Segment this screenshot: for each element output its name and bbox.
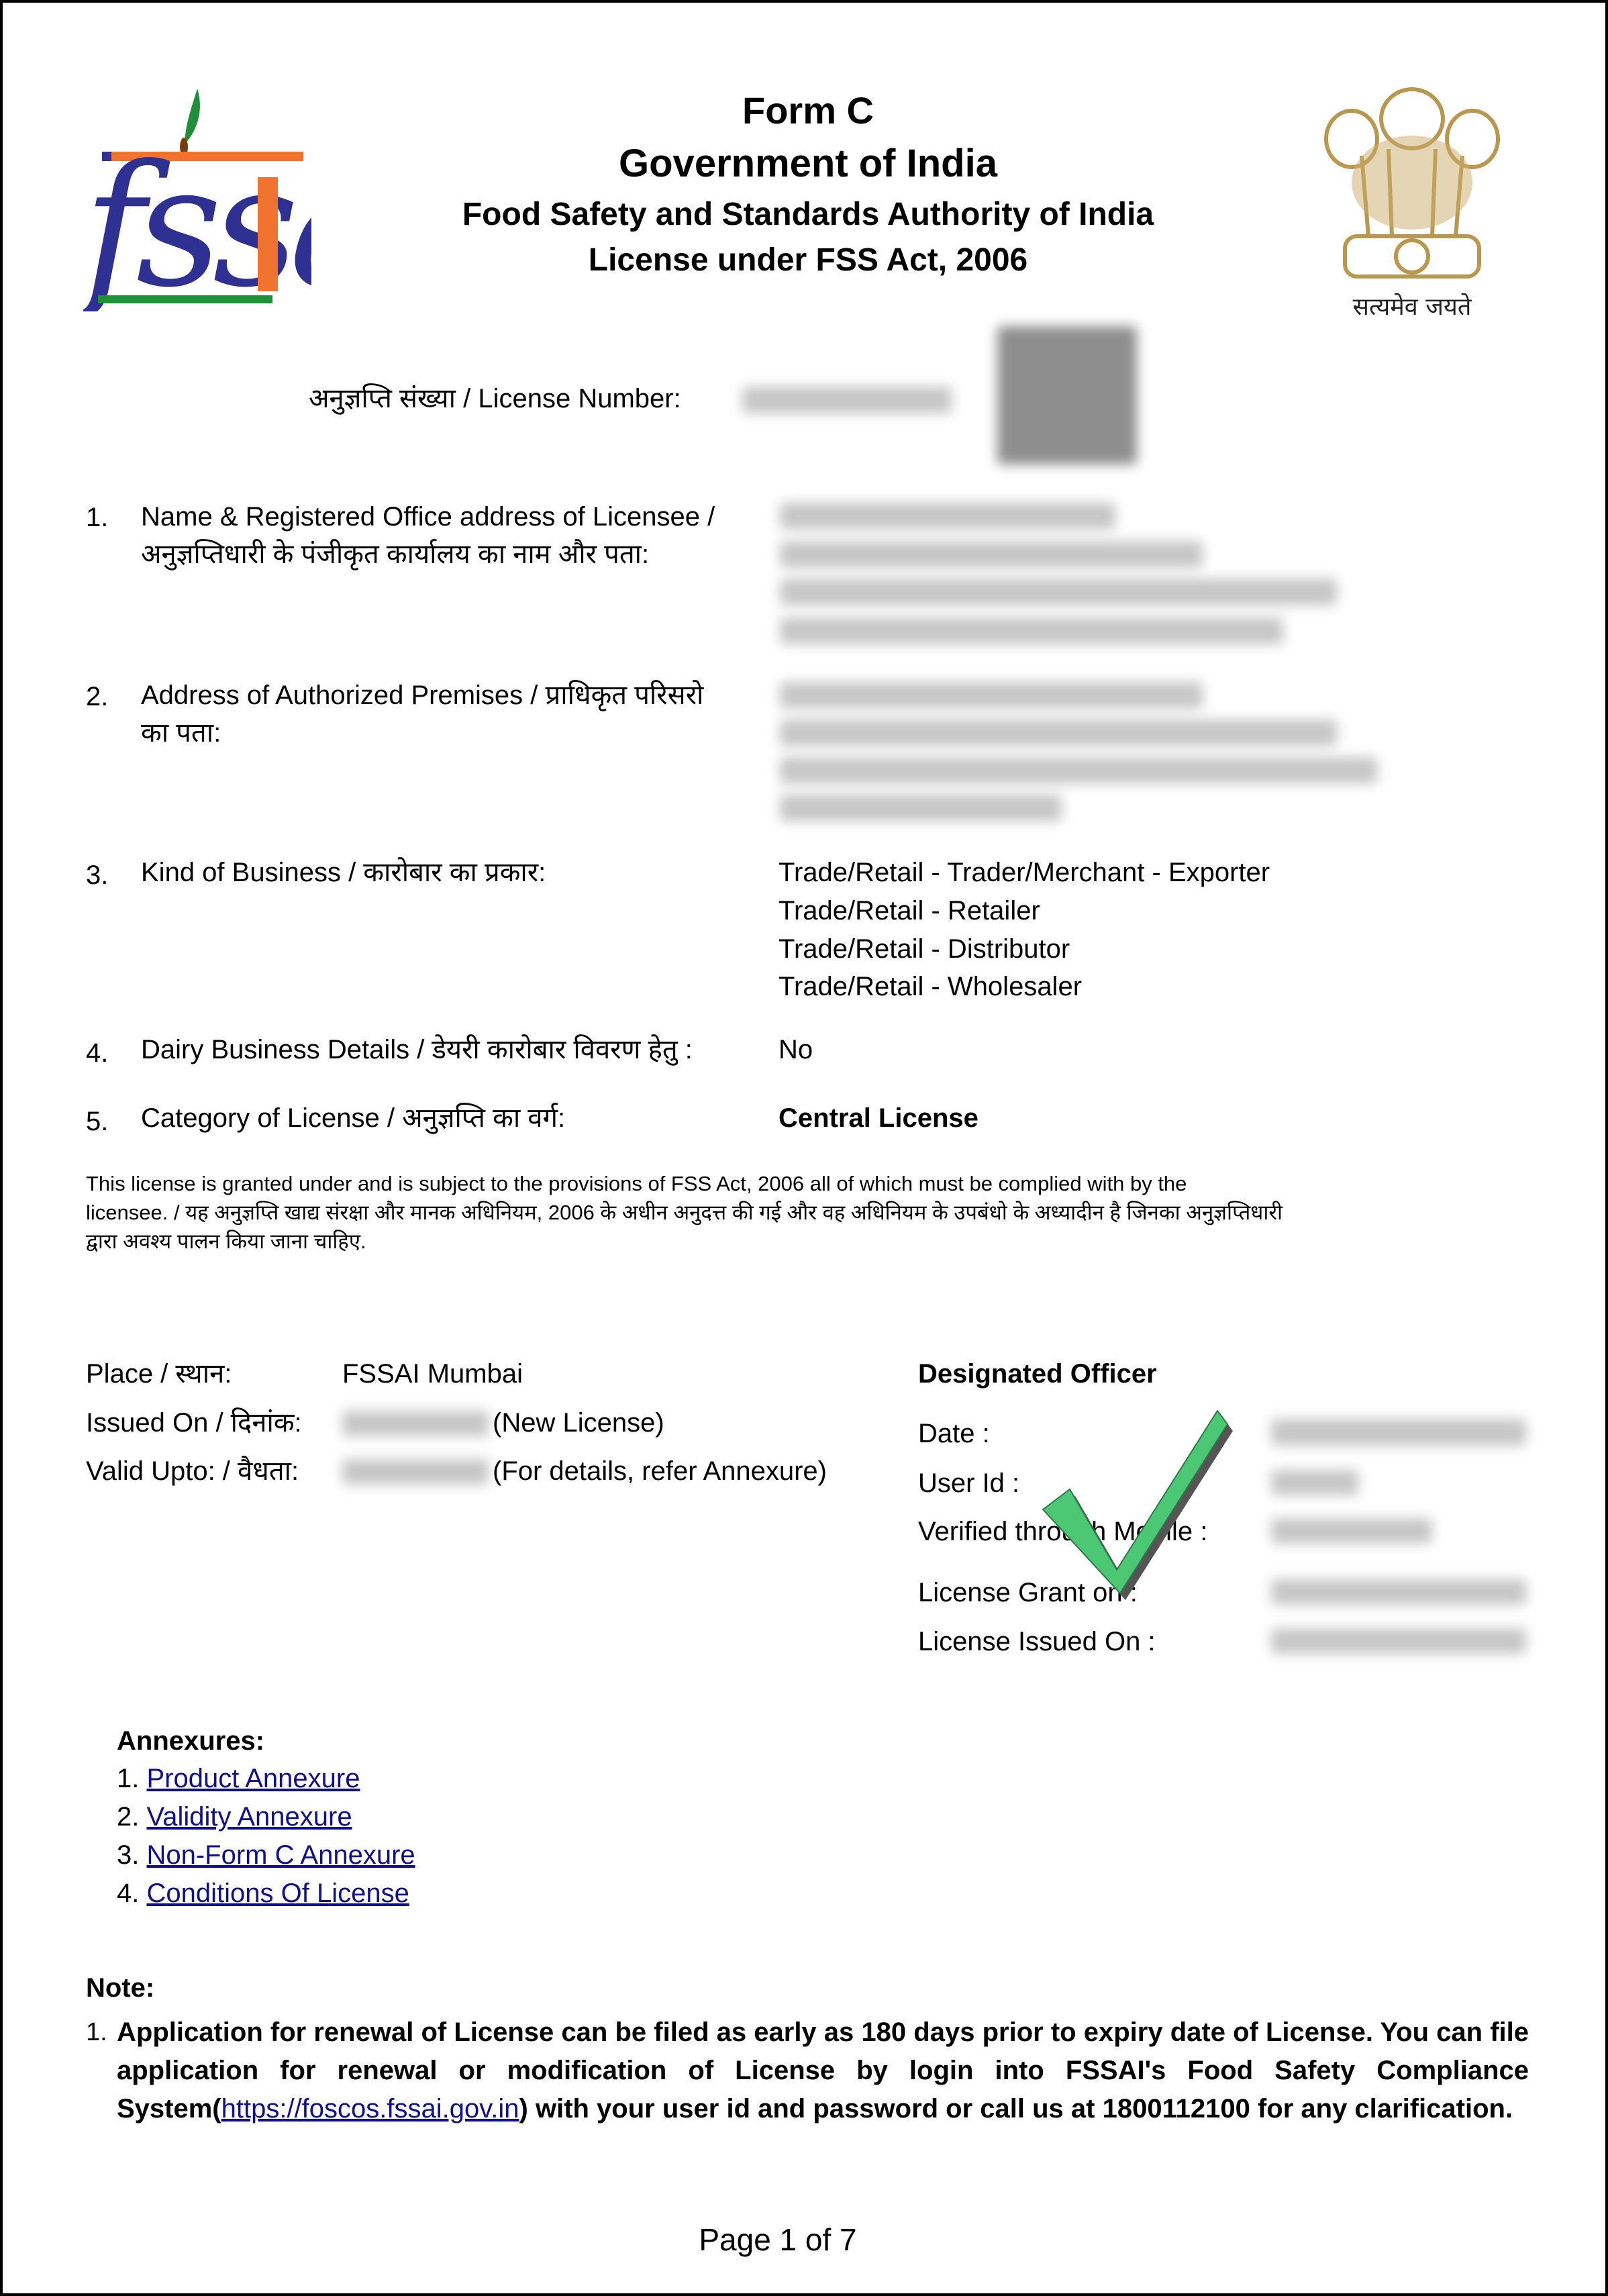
place-label: Place / स्थान: xyxy=(86,1355,232,1393)
annexure-number: 2. xyxy=(117,1802,139,1832)
licensee-address-value xyxy=(780,503,1115,530)
officer-date-value xyxy=(1271,1419,1526,1446)
act-title: License under FSS Act, 2006 xyxy=(379,242,1238,279)
government-title: Government of India xyxy=(379,141,1238,186)
disclaimer-line: licensee. / यह अनुज्ञप्ति खाद्य संरक्षा … xyxy=(86,1198,1495,1227)
conditions-of-license-link[interactable]: Conditions Of License xyxy=(146,1879,409,1908)
national-emblem: सत्यमेव जयते xyxy=(1298,82,1526,317)
issued-on-label: Issued On / दिनांक: xyxy=(86,1404,302,1442)
license-number-value xyxy=(742,387,952,413)
item-label-dairy: Dairy Business Details / डेयरी कारोबार व… xyxy=(141,1031,745,1068)
validity-annexure-link[interactable]: Validity Annexure xyxy=(146,1802,352,1832)
page-number: Page 1 of 7 xyxy=(3,2222,1553,2258)
officer-date-label: Date : xyxy=(918,1415,990,1452)
check-mark-icon xyxy=(1036,1392,1238,1600)
item-number: 3. xyxy=(86,860,108,891)
emblem-motto: सत्यमेव जयते xyxy=(1298,289,1526,322)
business-kind-value: Trade/Retail - Retailer xyxy=(778,892,1040,930)
officer-issued-label: License Issued On : xyxy=(918,1623,1156,1660)
form-title: Form C xyxy=(379,89,1238,132)
place-value: FSSAI Mumbai xyxy=(342,1355,523,1393)
officer-grant-value xyxy=(1271,1579,1526,1605)
officer-user-label: User Id : xyxy=(918,1464,1019,1502)
annexure-item: 4. Conditions Of License xyxy=(117,1875,409,1912)
note-title: Note: xyxy=(86,1969,154,2007)
licensee-address-value xyxy=(780,617,1283,644)
annexure-number: 1. xyxy=(117,1764,139,1793)
annexure-number: 4. xyxy=(117,1879,139,1908)
valid-upto-label: Valid Upto: / वैधता: xyxy=(86,1452,299,1490)
officer-user-value xyxy=(1271,1470,1358,1495)
item-label-premises: Address of Authorized Premises / प्राधिक… xyxy=(141,677,732,752)
authority-title: Food Safety and Standards Authority of I… xyxy=(379,196,1238,233)
note-number: 1. xyxy=(86,2013,107,2051)
issued-on-value xyxy=(342,1411,489,1436)
qr-code[interactable] xyxy=(997,326,1137,464)
item-number: 4. xyxy=(86,1038,108,1068)
premises-address-value xyxy=(780,757,1377,784)
licensee-address-value xyxy=(780,579,1337,605)
business-kind-value: Trade/Retail - Trader/Merchant - Exporte… xyxy=(778,854,1270,891)
license-number-label: अनुज्ञप्ति संख्या / License Number: xyxy=(309,380,681,417)
annexure-item: 2. Validity Annexure xyxy=(117,1798,352,1836)
item-number: 1. xyxy=(86,503,108,533)
category-value: Central License xyxy=(778,1099,978,1137)
officer-mobile-value xyxy=(1271,1518,1432,1544)
note-text: Application for renewal of License can b… xyxy=(117,2013,1529,2128)
note-text-part: ) with your user id and password or call… xyxy=(519,2094,1513,2124)
annexures-title: Annexures: xyxy=(117,1722,264,1760)
valid-upto-suffix: (For details, refer Annexure) xyxy=(493,1452,827,1490)
disclaimer-text: This license is granted under and is sub… xyxy=(86,1169,1495,1256)
officer-issued-value xyxy=(1271,1628,1526,1654)
annexure-number: 3. xyxy=(117,1840,139,1870)
premises-address-value xyxy=(780,682,1203,709)
business-kind-value: Trade/Retail - Wholesaler xyxy=(778,968,1082,1005)
valid-upto-value xyxy=(342,1459,489,1485)
item-label-licensee: Name & Registered Office address of Lice… xyxy=(141,498,732,573)
issued-on-suffix: (New License) xyxy=(493,1404,664,1442)
non-form-c-annexure-link[interactable]: Non-Form C Annexure xyxy=(146,1840,415,1870)
dairy-value: No xyxy=(778,1031,813,1068)
business-kind-value: Trade/Retail - Distributor xyxy=(778,930,1070,968)
premises-address-value xyxy=(780,719,1337,746)
annexure-item: 1. Product Annexure xyxy=(117,1760,360,1797)
foscos-link[interactable]: https://foscos.fssai.gov.in xyxy=(221,2094,519,2124)
annexure-item: 3. Non-Form C Annexure xyxy=(117,1836,415,1874)
licensee-address-value xyxy=(780,541,1203,568)
license-page: fssai Form C Government of India Food Sa… xyxy=(0,0,1608,2296)
disclaimer-line: This license is granted under and is sub… xyxy=(86,1169,1495,1198)
item-label-business-kind: Kind of Business / कारोबार का प्रकार: xyxy=(141,854,745,891)
officer-title: Designated Officer xyxy=(918,1355,1157,1393)
disclaimer-line: द्वारा अवश्य पालन किया जाना चाहिए. xyxy=(86,1227,1495,1256)
product-annexure-link[interactable]: Product Annexure xyxy=(146,1764,360,1793)
premises-address-value xyxy=(780,795,1062,821)
item-label-category: Category of License / अनुज्ञप्ति का वर्ग… xyxy=(141,1099,745,1137)
item-number: 2. xyxy=(86,682,108,712)
fssai-logo: fssai xyxy=(83,83,311,311)
item-number: 5. xyxy=(86,1107,108,1137)
